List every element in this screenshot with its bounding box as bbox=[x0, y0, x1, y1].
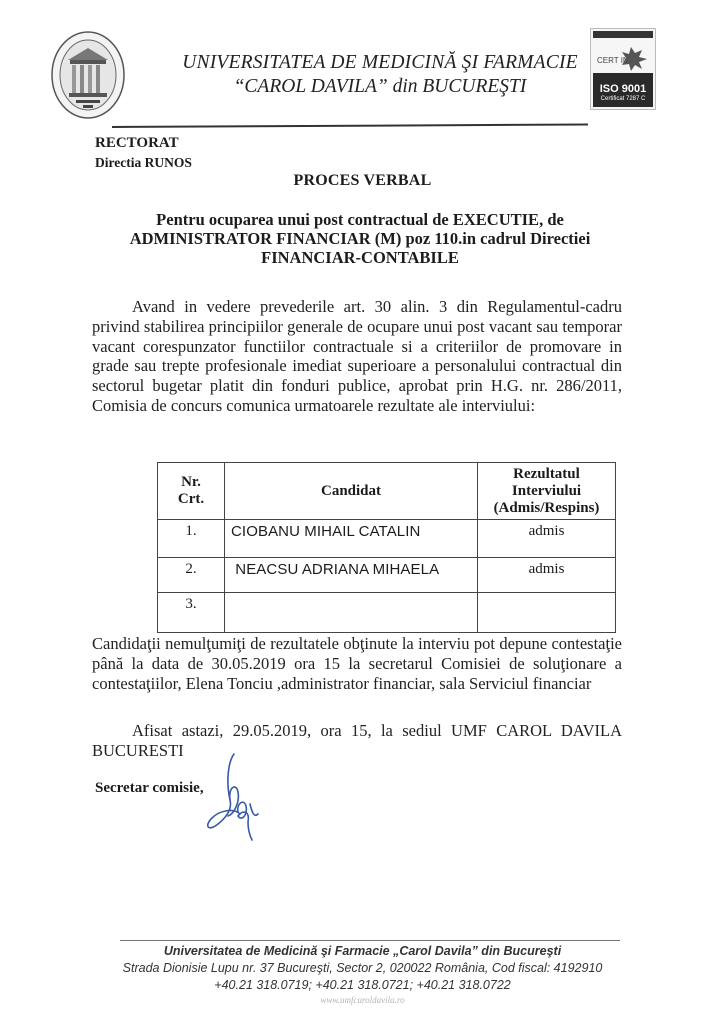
posted-notice: Afisat astazi, 29.05.2019, ora 15, la se… bbox=[92, 721, 622, 761]
university-name-line2: “CAROL DAVILA” din BUCUREŞTI bbox=[170, 76, 590, 98]
document-subtitle: Pentru ocuparea unui post contractual de… bbox=[100, 210, 620, 267]
badge-top-strip bbox=[593, 31, 653, 38]
interview-result: admis bbox=[478, 558, 616, 593]
interview-result: admis bbox=[478, 520, 616, 558]
subtitle-line: ADMINISTRATOR FINANCIAR (M) poz 110.in c… bbox=[100, 229, 620, 248]
directorate-label: Directia RUNOS bbox=[95, 155, 192, 171]
document-title: PROCES VERBAL bbox=[0, 172, 725, 190]
certification-badge-icon: CERT IND ISO 9001 Certificat 7287 C bbox=[590, 28, 656, 110]
subtitle-line: Pentru ocuparea unui post contractual de… bbox=[100, 210, 620, 229]
university-name-line1: UNIVERSITATEA DE MEDICINĂ ŞI FARMACIE bbox=[170, 52, 590, 74]
intro-paragraph: Avand in vedere prevederile art. 30 alin… bbox=[92, 297, 622, 416]
row-number: 2. bbox=[158, 558, 225, 593]
footer-phones: +40.21 318.0719; +40.21 318.0721; +40.21… bbox=[0, 978, 725, 992]
row-number: 1. bbox=[158, 520, 225, 558]
header-divider bbox=[112, 124, 588, 128]
contest-notice: Candidaţii nemulţumiţi de rezultatele ob… bbox=[92, 634, 622, 693]
footer-divider bbox=[120, 940, 620, 941]
secretary-label: Secretar comisie, bbox=[95, 780, 204, 797]
interview-result bbox=[478, 593, 616, 633]
certificate-number: Certificat 7287 C bbox=[593, 95, 653, 103]
header-candidate: Candidat bbox=[225, 463, 478, 520]
header-nr: Nr. Crt. bbox=[158, 463, 225, 520]
contest-text: Candidaţii nemulţumiţi de rezultatele ob… bbox=[92, 634, 622, 693]
footer-address: Strada Dionisie Lupu nr. 37 Bucureşti, S… bbox=[0, 961, 725, 975]
table-row: 2. NEACSU ADRIANA MIHAELA admis bbox=[158, 558, 616, 593]
header-result: Rezultatul Interviului (Admis/Respins) bbox=[478, 463, 616, 520]
row-number: 3. bbox=[158, 593, 225, 633]
iso-standard: ISO 9001 bbox=[593, 83, 653, 95]
cert-mark: CERT IND bbox=[595, 43, 651, 73]
candidate-name bbox=[225, 593, 478, 633]
posted-text: Afisat astazi, 29.05.2019, ora 15, la se… bbox=[92, 721, 622, 761]
results-table: Nr. Crt. Candidat Rezultatul Interviului… bbox=[157, 462, 616, 633]
footer-website-link[interactable]: www.umfcaroldavila.ro bbox=[0, 995, 725, 1005]
footer-institution: Universitatea de Medicină şi Farmacie „C… bbox=[0, 944, 725, 958]
intro-text: Avand in vedere prevederile art. 30 alin… bbox=[92, 297, 622, 416]
table-header-row: Nr. Crt. Candidat Rezultatul Interviului… bbox=[158, 463, 616, 520]
university-seal-icon bbox=[50, 30, 126, 120]
table-row: 3. bbox=[158, 593, 616, 633]
subtitle-line: FINANCIAR-CONTABILE bbox=[100, 248, 620, 267]
iso-block: ISO 9001 Certificat 7287 C bbox=[593, 73, 653, 107]
handwritten-signature-icon bbox=[198, 752, 268, 842]
candidate-name: NEACSU ADRIANA MIHAELA bbox=[225, 558, 478, 593]
candidate-name: CIOBANU MIHAIL CATALIN bbox=[225, 520, 478, 558]
table-row: 1. CIOBANU MIHAIL CATALIN admis bbox=[158, 520, 616, 558]
department-label: RECTORAT bbox=[95, 135, 179, 152]
